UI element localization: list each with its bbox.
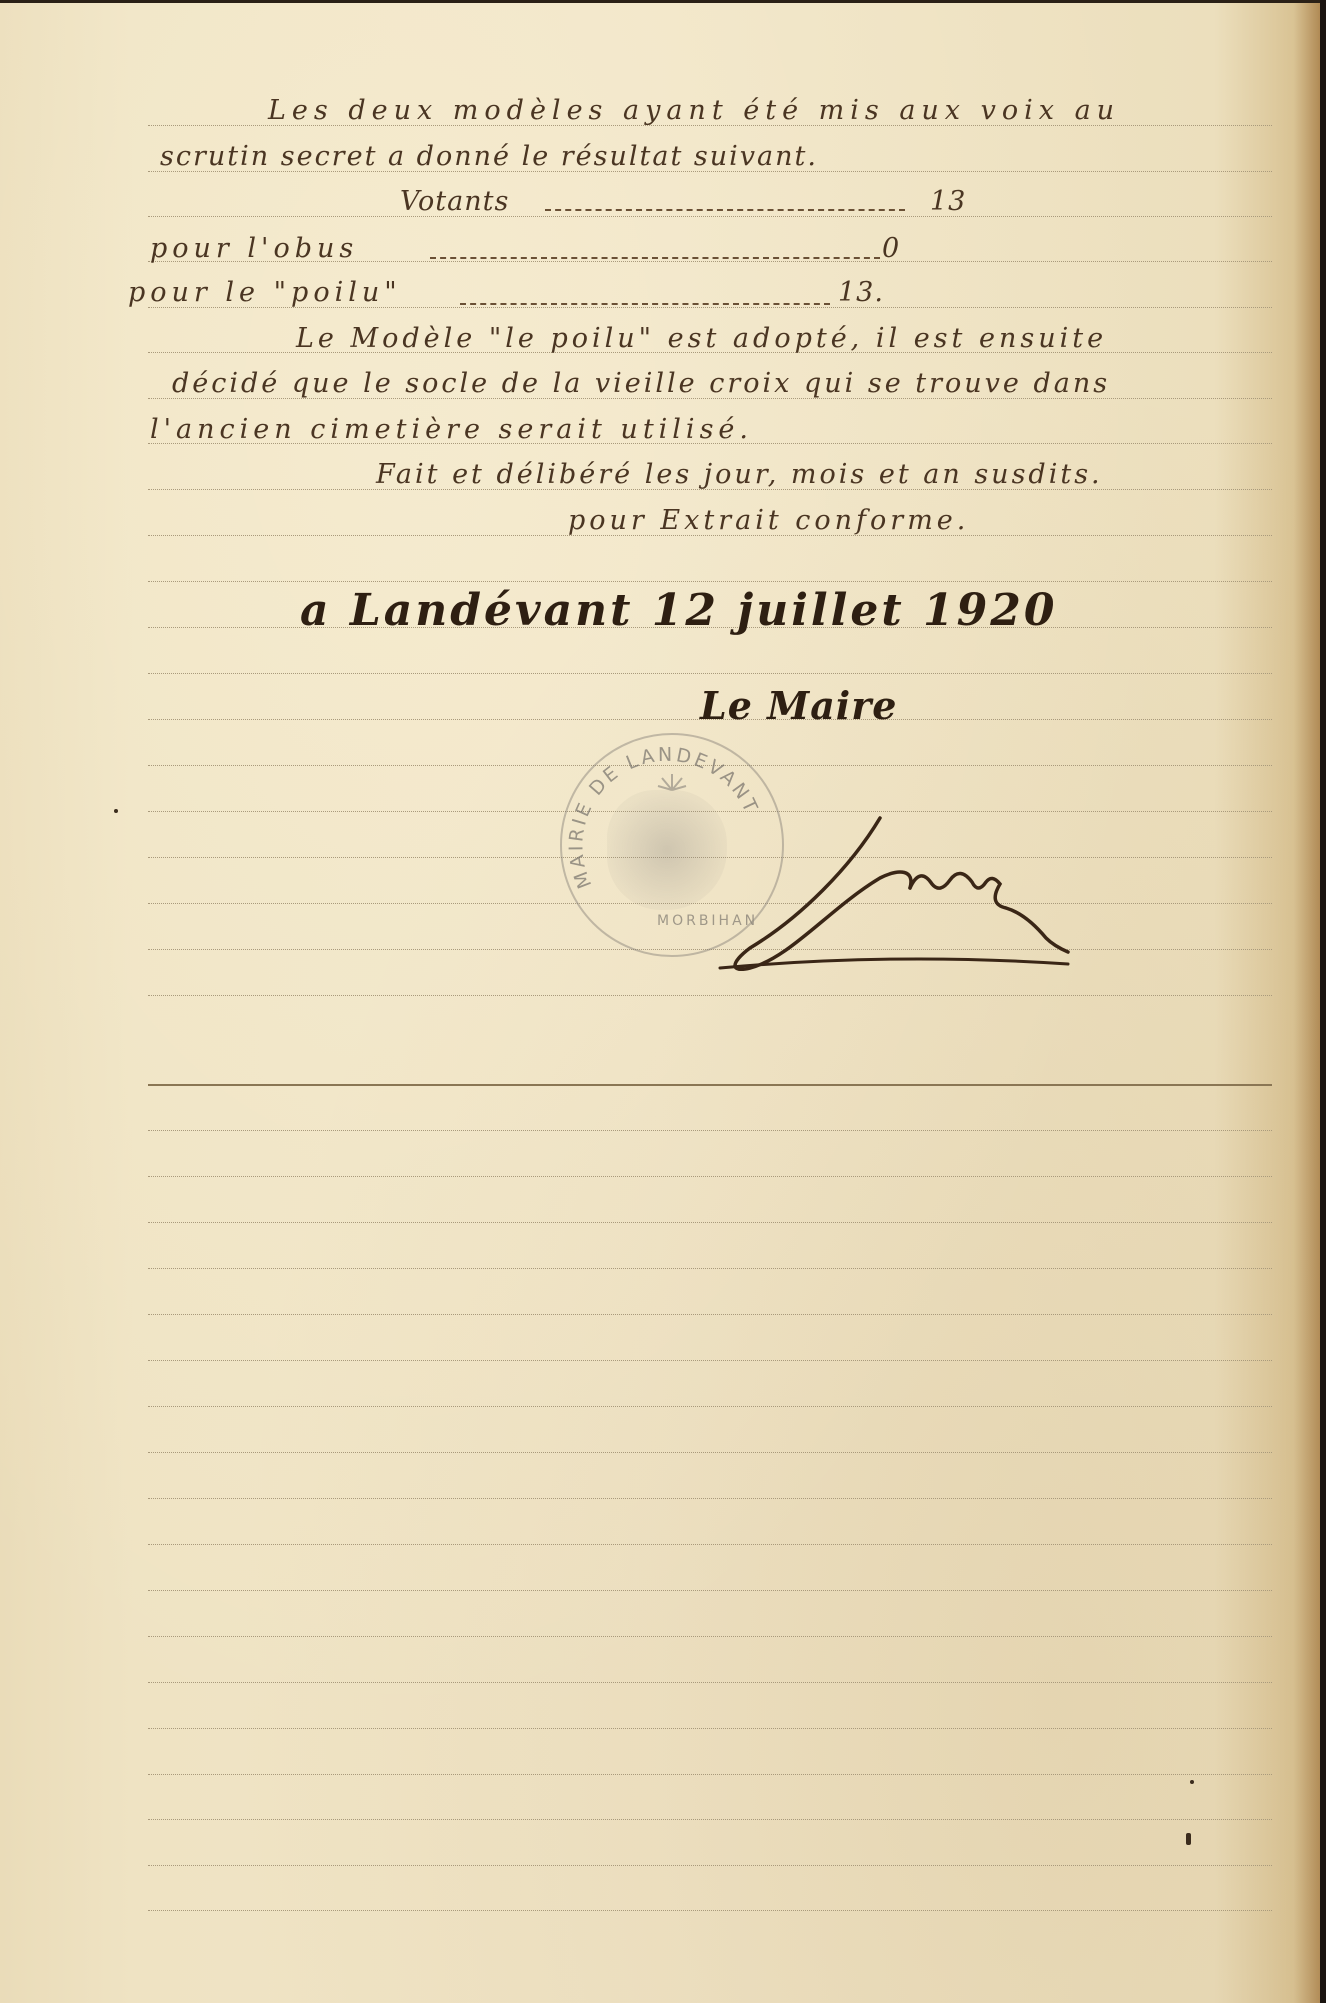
ink-speck [1186,1833,1191,1845]
ruled-line [148,1176,1272,1177]
body-line-2: scrutin secret a donné le résultat suiva… [160,141,818,172]
leader-dashes [430,257,880,259]
voters-count: 13 [930,186,966,217]
ruled-line [148,1910,1272,1911]
ruled-line [148,1865,1272,1866]
mayor-signature-icon [710,798,1070,978]
for-poilu-label: pour le "poilu" [128,277,402,308]
ruled-line [148,1544,1272,1545]
body-line-1: Les deux modèles ayant été mis aux voix … [268,95,1120,126]
closing-done-line: Fait et délibéré les jour, mois et an su… [376,459,1103,490]
ruled-line [148,1636,1272,1637]
decision-line-1: Le Modèle "le poilu" est adopté, il est … [296,323,1107,354]
ruled-line [148,1728,1272,1729]
ruled-line [148,1406,1272,1407]
leader-dashes [460,303,830,305]
ruled-line [148,581,1272,582]
ruled-line [148,216,1272,217]
ink-speck [1190,1780,1194,1784]
dateline: a Landévant 12 juillet 1920 [300,585,1057,636]
mayor-title: Le Maire [700,683,897,728]
for-obus-count: 0 [882,233,900,264]
ruled-line [148,1314,1272,1315]
ruled-line [148,1360,1272,1361]
ruled-line [148,1774,1272,1775]
ruled-line [148,1452,1272,1453]
for-poilu-count: 13. [838,277,884,308]
ruled-line [148,1498,1272,1499]
ruled-line [148,1268,1272,1269]
for-obus-label: pour l'obus [150,233,358,264]
voters-label: Votants [400,186,509,217]
ruled-line [148,1682,1272,1683]
document-page: Les deux modèles ayant été mis aux voix … [0,0,1320,2000]
leader-dashes [545,209,905,211]
ruled-line [148,995,1272,996]
ruled-line [148,1130,1272,1131]
ruled-line [148,1590,1272,1591]
decision-line-2: décidé que le socle de la vieille croix … [172,368,1110,399]
decision-line-3: l'ancien cimetière serait utilisé. [150,414,753,445]
ruled-line [148,1819,1272,1820]
ruled-line [148,1222,1272,1223]
ink-speck [114,809,118,813]
closing-extract-line: pour Extrait conforme. [568,505,969,536]
ruled-line-heavy [148,1084,1272,1086]
ruled-line [148,673,1272,674]
